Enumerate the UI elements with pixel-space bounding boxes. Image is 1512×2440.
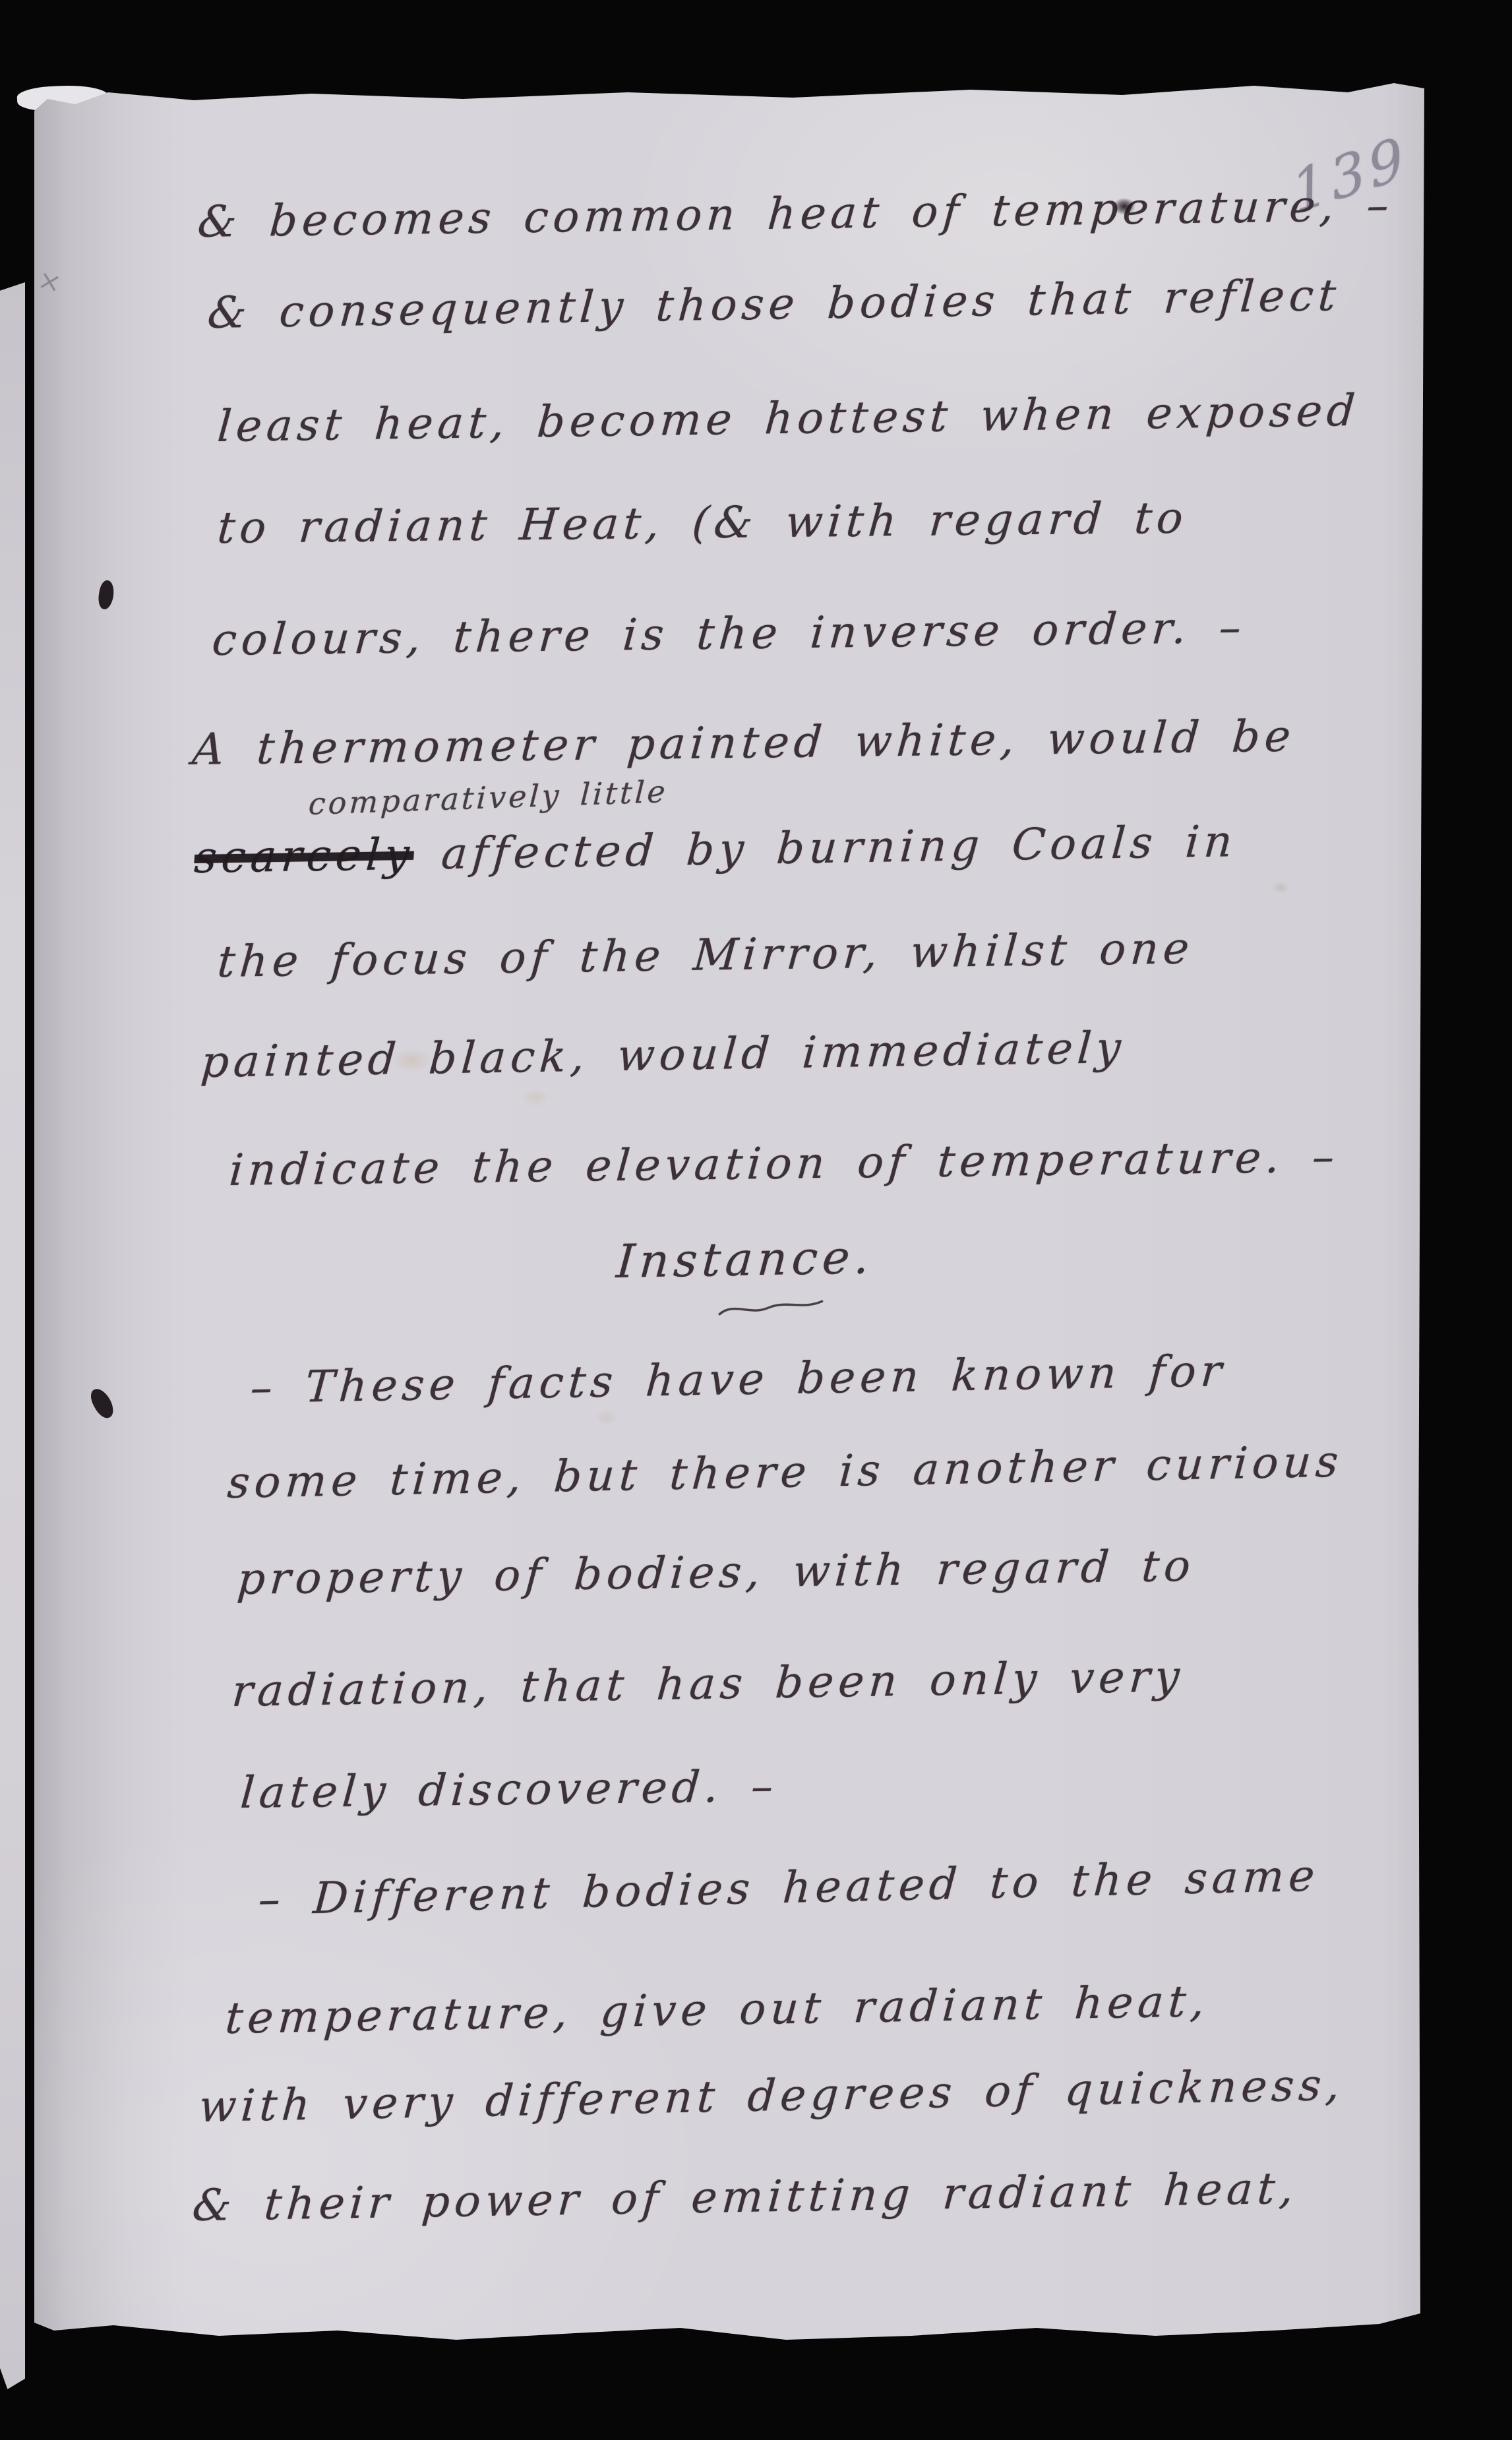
manuscript-line: lately discovered. – <box>239 1761 779 1818</box>
flourish-underline-icon <box>715 1295 828 1324</box>
manuscript-line: to radiant Heat, (& with regard to <box>216 493 1190 553</box>
struck-word: scarcely <box>193 829 415 883</box>
ink-blot <box>1113 198 1135 215</box>
section-heading: Instance. <box>615 1230 876 1289</box>
adjacent-page-edge <box>0 282 25 2389</box>
manuscript-scan: 139 & becomes common heat of temperature… <box>0 0 1512 2440</box>
